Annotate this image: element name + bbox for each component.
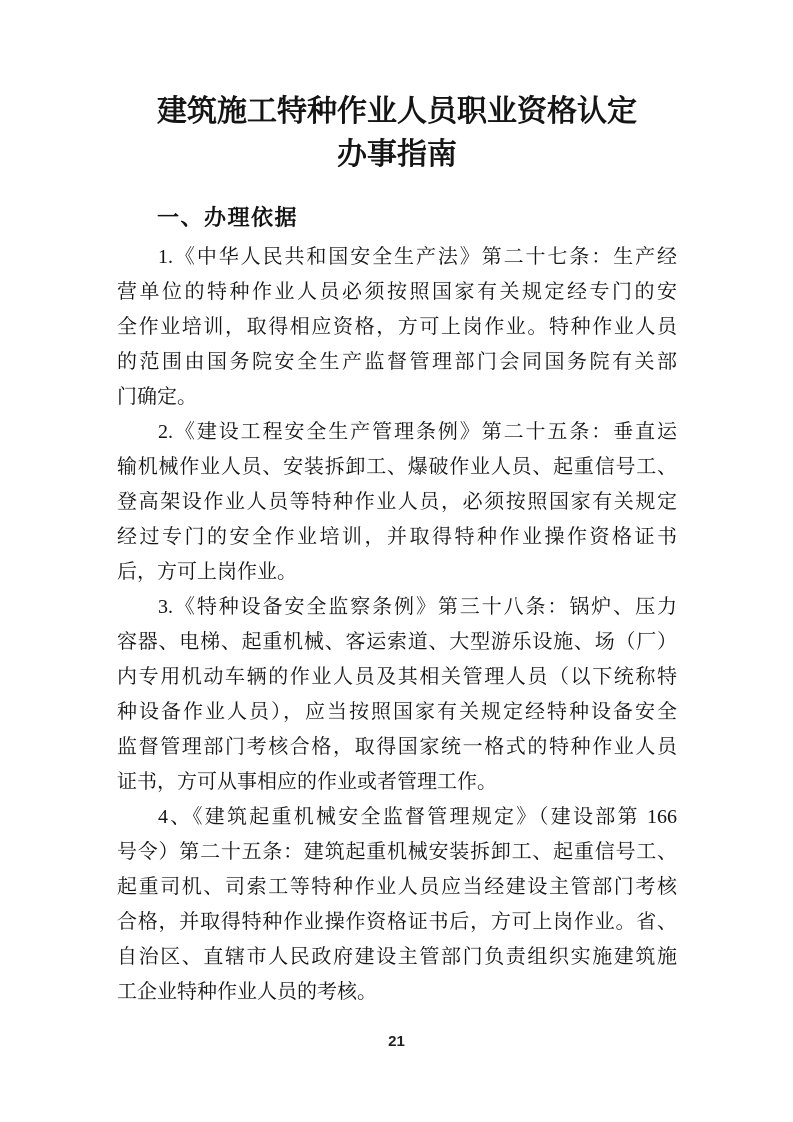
page-number: 21 — [0, 1032, 793, 1052]
paragraph-4-line-3: 起重司机、司索工等特种作业人员应当经建设主管部门考核 — [117, 870, 677, 905]
section-heading: 一、办理依据 — [117, 203, 677, 233]
paragraph-2-line-1: 2.《建设工程安全生产管理条例》第二十五条：垂直运 — [117, 415, 677, 450]
paragraph-4-line-4: 合格，并取得特种作业操作资格证书后，方可上岗作业。省、 — [117, 905, 677, 940]
page-content: 建筑施工特种作业人员职业资格认定 办事指南 一、办理依据 1.《中华人民共和国安… — [117, 0, 677, 1010]
paragraph-2: 2.《建设工程安全生产管理条例》第二十五条：垂直运 输机械作业人员、安装拆卸工、… — [117, 415, 677, 590]
paragraph-4-line-5: 自治区、直辖市人民政府建设主管部门负责组织实施建筑施 — [117, 940, 677, 975]
document-page: 建筑施工特种作业人员职业资格认定 办事指南 一、办理依据 1.《中华人民共和国安… — [0, 0, 793, 1122]
body-text: 1.《中华人民共和国安全生产法》第二十七条：生产经 营单位的特种作业人员必须按照… — [117, 240, 677, 1010]
paragraph-3-line-6: 证书，方可从事相应的作业或者管理工作。 — [117, 765, 677, 800]
paragraph-1-line-1: 1.《中华人民共和国安全生产法》第二十七条：生产经 — [117, 240, 677, 275]
paragraph-4: 4、《建筑起重机械安全监督管理规定》（建设部第 166 号令）第二十五条：建筑起… — [117, 800, 677, 1010]
document-title-line-1: 建筑施工特种作业人员职业资格认定 — [117, 90, 677, 133]
paragraph-1-line-4: 的范围由国务院安全生产监督管理部门会同国务院有关部 — [117, 345, 677, 380]
paragraph-2-line-4: 经过专门的安全作业培训，并取得特种作业操作资格证书 — [117, 520, 677, 555]
paragraph-3-line-2: 容器、电梯、起重机械、客运索道、大型游乐设施、场（厂） — [117, 625, 677, 660]
paragraph-3-line-3: 内专用机动车辆的作业人员及其相关管理人员（以下统称特 — [117, 660, 677, 695]
paragraph-4-line-6: 工企业特种作业人员的考核。 — [117, 975, 677, 1010]
paragraph-4-line-1: 4、《建筑起重机械安全监督管理规定》（建设部第 166 — [117, 800, 677, 835]
paragraph-1: 1.《中华人民共和国安全生产法》第二十七条：生产经 营单位的特种作业人员必须按照… — [117, 240, 677, 415]
paragraph-1-line-5: 门确定。 — [117, 380, 677, 415]
paragraph-3-line-1: 3.《特种设备安全监察条例》第三十八条：锅炉、压力 — [117, 590, 677, 625]
paragraph-4-line-2: 号令）第二十五条：建筑起重机械安装拆卸工、起重信号工、 — [117, 835, 677, 870]
paragraph-1-line-2: 营单位的特种作业人员必须按照国家有关规定经专门的安 — [117, 275, 677, 310]
paragraph-1-line-3: 全作业培训，取得相应资格，方可上岗作业。特种作业人员 — [117, 310, 677, 345]
document-title-line-2: 办事指南 — [117, 133, 677, 176]
paragraph-2-line-5: 后，方可上岗作业。 — [117, 555, 677, 590]
paragraph-3: 3.《特种设备安全监察条例》第三十八条：锅炉、压力 容器、电梯、起重机械、客运索… — [117, 590, 677, 800]
paragraph-3-line-4: 种设备作业人员），应当按照国家有关规定经特种设备安全 — [117, 695, 677, 730]
paragraph-2-line-3: 登高架设作业人员等特种作业人员，必须按照国家有关规定 — [117, 485, 677, 520]
paragraph-2-line-2: 输机械作业人员、安装拆卸工、爆破作业人员、起重信号工、 — [117, 450, 677, 485]
paragraph-3-line-5: 监督管理部门考核合格，取得国家统一格式的特种作业人员 — [117, 730, 677, 765]
document-title: 建筑施工特种作业人员职业资格认定 办事指南 — [117, 90, 677, 176]
